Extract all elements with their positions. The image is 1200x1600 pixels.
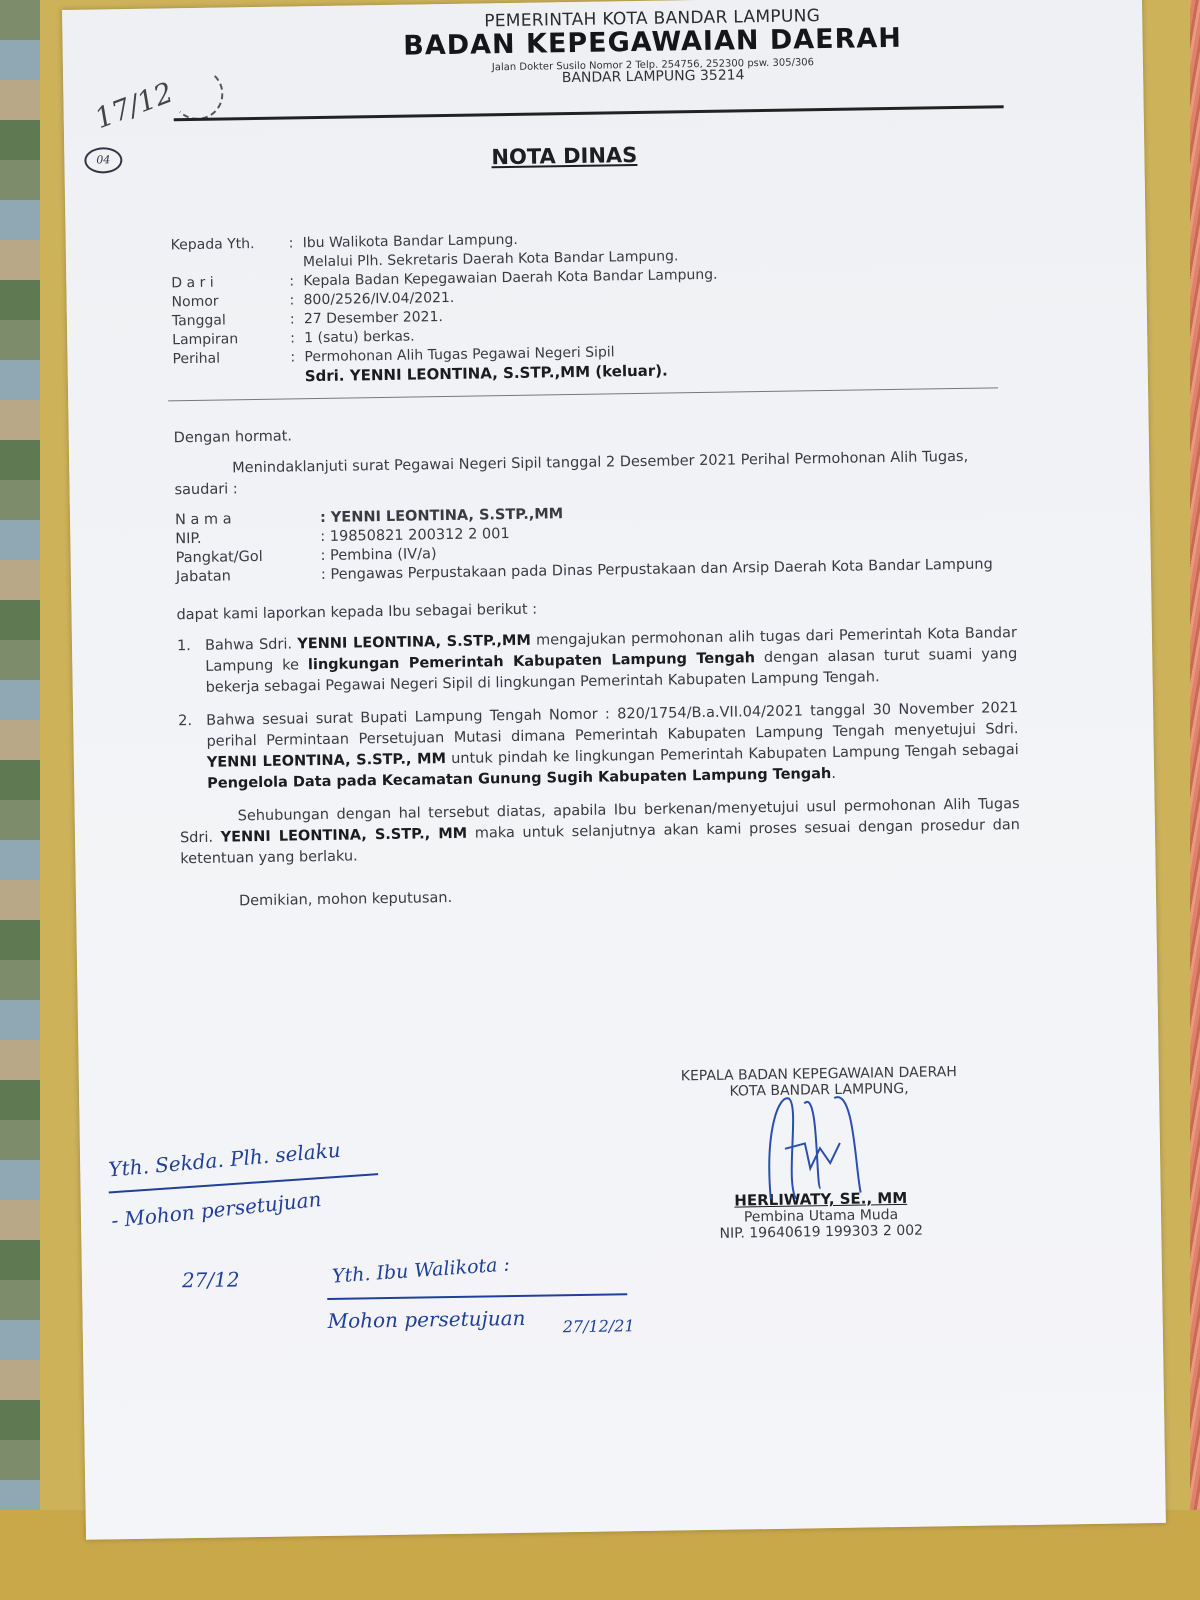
memo-paper: 17/12 04 PEMERINTAH KOTA BANDAR LAMPUNG … xyxy=(62,0,1166,1540)
handwritten-date-1: 27/12 xyxy=(182,1267,240,1292)
closing-paragraph: Sehubungan dengan hal tersebut diatas, a… xyxy=(180,794,1021,870)
meta-label xyxy=(171,253,289,274)
meta-colon: : xyxy=(289,272,303,291)
report-intro: dapat kami laporkan kepada Ibu sebagai b… xyxy=(176,592,1016,626)
final-line: Demikian, mohon keputusan. xyxy=(181,879,1021,913)
memo-meta: Kepada Yth.:Ibu Walikota Bandar Lampung.… xyxy=(171,228,720,389)
meta-label: Perihal xyxy=(172,348,290,369)
handwritten-corner-number: 17/12 xyxy=(90,76,177,136)
meta-colon: : xyxy=(289,291,303,310)
points-list: 1.Bahwa Sdri. YENNI LEONTINA, S.STP.,MM … xyxy=(177,623,1019,795)
letterhead-rule xyxy=(174,105,1004,121)
document-title: NOTA DINAS xyxy=(64,136,1064,176)
employee-label: Pangkat/Gol xyxy=(175,547,320,568)
handwritten-note-request-2: Mohon persetujuan xyxy=(327,1306,525,1333)
employee-label: N a m a xyxy=(175,509,320,530)
meta-colon xyxy=(289,253,303,272)
government-seal-icon xyxy=(171,67,224,120)
handwritten-date-2: 27/12/21 xyxy=(563,1316,635,1336)
handwritten-note-sekda: Yth. Sekda. Plh. selaku xyxy=(107,1138,341,1182)
employee-details: N a m a: YENNI LEONTINA, S.STP.,MMNIP.: … xyxy=(175,498,1016,587)
list-item: 2.Bahwa sesuai surat Bupati Lampung Teng… xyxy=(178,698,1019,795)
memo-body: Dengan hormat. Menindaklanjuti surat Peg… xyxy=(174,415,1022,923)
employee-label: NIP. xyxy=(175,528,320,549)
meta-value: 27 Desember 2021. xyxy=(304,308,443,329)
document: 17/12 04 PEMERINTAH KOTA BANDAR LAMPUNG … xyxy=(62,0,1166,1540)
signature-scribble-icon xyxy=(759,1087,871,1209)
intro-paragraph: Menindaklanjuti surat Pegawai Negeri Sip… xyxy=(174,446,1015,501)
meta-colon: : xyxy=(290,348,304,367)
meta-colon: : xyxy=(290,310,304,329)
employee-label: Jabatan xyxy=(176,566,321,587)
meta-colon: : xyxy=(289,234,303,253)
meta-divider xyxy=(168,387,998,401)
meta-colon: : xyxy=(290,329,304,348)
handwritten-note-walikota: Yth. Ibu Walikota : xyxy=(331,1253,510,1287)
meta-label: Kepada Yth. xyxy=(171,234,289,255)
meta-value: 1 (satu) berkas. xyxy=(304,328,415,349)
meta-label: Tanggal xyxy=(172,310,290,331)
handwritten-note-request: - Mohon persetujuan xyxy=(110,1187,322,1233)
handwritten-underline-2 xyxy=(327,1293,627,1300)
letterhead: PEMERINTAH KOTA BANDAR LAMPUNG BADAN KEP… xyxy=(292,3,1013,90)
meta-label: D a r i xyxy=(171,272,289,293)
meta-label: Lampiran xyxy=(172,329,290,350)
salutation: Dengan hormat. xyxy=(174,415,1014,449)
meta-label: Nomor xyxy=(171,291,289,312)
meta-value: 800/2526/IV.04/2021. xyxy=(303,289,454,310)
list-item: 1.Bahwa Sdri. YENNI LEONTINA, S.STP.,MM … xyxy=(177,623,1018,699)
